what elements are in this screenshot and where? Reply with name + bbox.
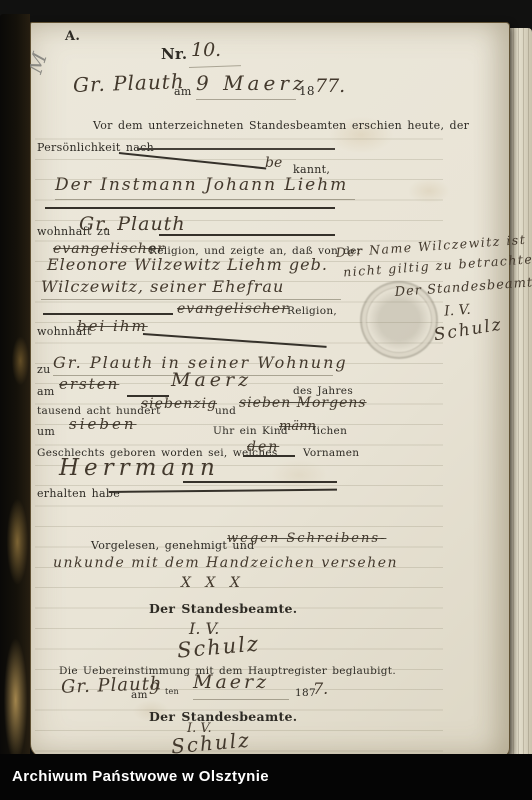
ink-rule <box>243 455 295 457</box>
register-page: A. M Nr. 10. Gr. Plauth am 9 Maerz 18 77… <box>30 22 510 758</box>
ink-rule <box>159 234 335 236</box>
bekannt-hand: be <box>265 155 282 171</box>
dateline-year-hand: 77. <box>315 75 345 97</box>
margin-note: Der Name Wilczewitz ist als nicht giltig… <box>335 229 532 245</box>
scanned-register-photo: A. M Nr. 10. Gr. Plauth am 9 Maerz 18 77… <box>0 0 532 800</box>
um-label: um <box>37 425 55 438</box>
child-name: Herrmann <box>59 455 220 481</box>
mother-name-line2: Wilczewitz, seiner Ehefrau <box>41 277 284 296</box>
record-number-value: 10. <box>191 39 221 61</box>
am-label: am <box>37 385 55 398</box>
ink-stroke <box>143 333 327 348</box>
vornamen-label: Vornamen <box>303 447 359 459</box>
birth-day-value: ersten <box>59 375 119 393</box>
residence-value: Gr. Plauth <box>79 213 186 235</box>
intro-text: Vor dem unterzeichneten Standesbeamten e… <box>93 119 469 132</box>
book-pages-fore-edge <box>508 28 532 764</box>
standesbeamte-label-2: Der Standesbeamte. <box>149 709 297 724</box>
ink-rule <box>196 99 296 100</box>
schreibens-hand: wegen Schreibens- <box>227 531 386 546</box>
standesbeamte-label-1: Der Standesbeamte. <box>149 601 297 616</box>
wohnhaft-value: bei ihm <box>77 317 148 335</box>
archive-watermark-text: Archiwum Państwowe w Olsztynie <box>12 768 269 785</box>
ink-rule <box>189 65 241 68</box>
corner-mark: A. <box>65 29 80 44</box>
dateline2-ten-label: ten <box>165 687 179 696</box>
dateline-am-label: am <box>174 85 192 98</box>
year-ones-value: sieben Morgens <box>239 395 367 411</box>
ink-rule <box>43 313 173 315</box>
ink-rule <box>45 207 335 209</box>
ink-rule <box>137 148 335 150</box>
erhalten-label: erhalten habe <box>37 487 120 500</box>
ink-rule <box>55 199 355 200</box>
archive-watermark-bar: Archiwum Państwowe w Olsztynie <box>0 754 532 800</box>
dateline-date: 9 Maerz <box>196 71 307 95</box>
mother-name-line1: Eleonore Wilzewitz Liehm geb. <box>47 255 328 274</box>
birth-month-value: Maerz <box>171 369 252 391</box>
gender-hand: männ <box>279 419 316 434</box>
ink-rule <box>193 699 289 700</box>
ink-rule <box>109 489 337 493</box>
handzeichen-marks: X X X <box>181 575 245 591</box>
dateline2-am-label: am <box>131 689 148 701</box>
year-tens-value: siebenzig <box>141 396 217 412</box>
margin-note-signature: Schulz <box>432 315 504 346</box>
margin-note-iv: I. V. <box>444 302 472 320</box>
ink-rule <box>183 481 337 483</box>
und-label: und <box>215 405 236 417</box>
ink-rule <box>41 299 341 300</box>
uhr-kind-label: Uhr ein Kind <box>213 425 288 437</box>
book-binding-edge <box>0 14 30 768</box>
religion2-hand: evangelischer <box>177 301 289 317</box>
unkunde-hand: unkunde mit dem Handzeichen versehen <box>53 555 398 571</box>
dateline-place: Gr. Plauth <box>73 69 185 97</box>
zu-label: zu <box>37 363 50 376</box>
dateline2-year-hand: 7. <box>313 679 328 698</box>
gender-suffix: lichen <box>313 425 347 437</box>
ink-stroke <box>119 152 266 169</box>
dateline-year-printed: 18 <box>299 84 315 98</box>
religion2-printed: Religion, <box>287 305 337 317</box>
declarant-name: Der Instmann Johann Liehm <box>55 175 348 195</box>
dateline2-month: Maerz <box>193 671 269 693</box>
record-number-label: Nr. <box>161 45 187 63</box>
dateline2-day: 9 <box>149 679 159 698</box>
den-hand: den <box>247 439 279 455</box>
birth-hour-value: sieben <box>69 415 137 433</box>
